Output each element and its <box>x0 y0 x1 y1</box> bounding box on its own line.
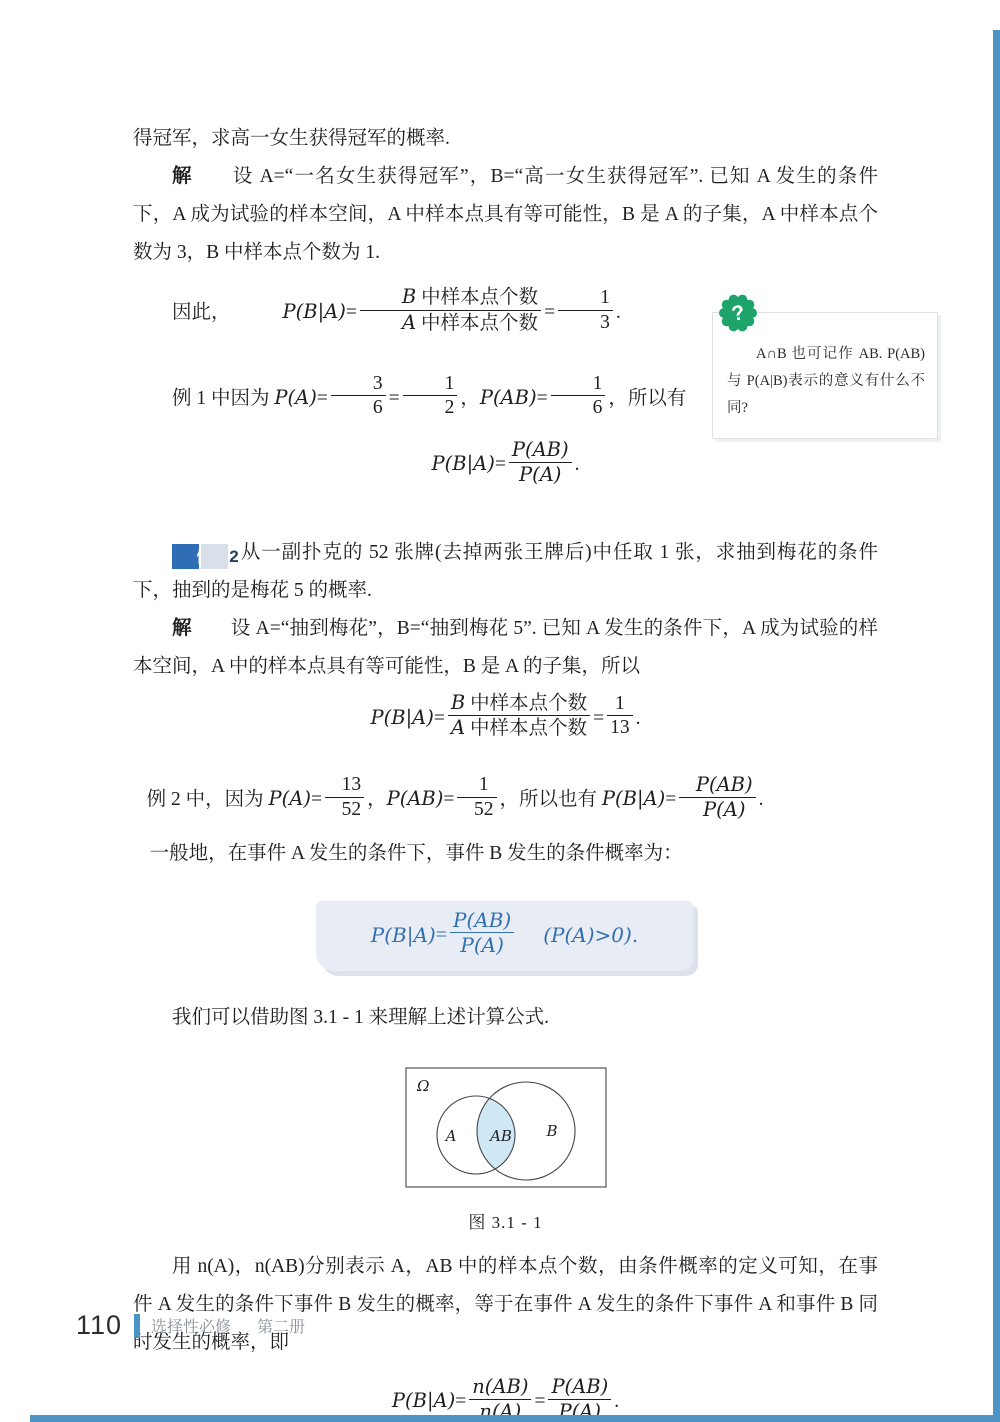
math-token: P(AB) <box>480 385 537 408</box>
footer-bar <box>134 1314 140 1338</box>
equals-sign: = <box>436 923 447 948</box>
solution-label: 解 <box>172 166 193 187</box>
fraction-denominator: P(A) <box>679 798 755 822</box>
equals-sign: = <box>317 387 328 408</box>
series-title: 选择性必修 <box>151 1319 231 1336</box>
example-2-paragraph: 例2从一副扑克的 52 张牌(去掉两张王牌后)中任取 1 张，求抽到梅花的条件下… <box>133 534 878 610</box>
equals-sign: = <box>534 1391 545 1412</box>
fraction-numerator: 1 <box>403 372 458 397</box>
math-token: P(AB) <box>387 787 444 810</box>
equals-sign: = <box>665 789 676 810</box>
volume-title: 第二册 <box>257 1319 305 1336</box>
solution-1-paragraph: 解设 A=“一名女生获得冠军”，B=“高一女生获得冠军”. 已知 A 发生的条件… <box>133 158 878 272</box>
formula-condition: (P(A)>0). <box>543 923 638 948</box>
period: . <box>636 707 641 728</box>
text-run: ， <box>460 387 480 408</box>
page-border-right <box>993 30 1000 1422</box>
footer-series: 选择性必修第二册 <box>151 1314 305 1337</box>
solution-2-text: 设 A=“抽到梅花”，B=“抽到梅花 5”. 已知 A 发生的条件下，A 成为试… <box>133 618 878 677</box>
formula-lhs: P(B|A) <box>283 300 346 323</box>
intersection-label: AB <box>488 1127 512 1145</box>
textbook-page: 得冠军，求高一女生获得冠军的概率. 解设 A=“一名女生获得冠军”，B=“高一女… <box>0 0 1000 1422</box>
fraction: 13 <box>558 286 613 335</box>
equals-sign: = <box>495 454 506 475</box>
omega-label: Ω <box>416 1077 429 1095</box>
set-b-label: B <box>545 1122 557 1140</box>
fraction-numerator-text: 中样本点个数 <box>465 693 587 714</box>
text-run: 例 1 中因为 <box>172 387 274 408</box>
example-badge-number: 2 <box>201 544 228 569</box>
fraction-denominator: 52 <box>325 798 364 822</box>
math-token: P(A) <box>269 787 311 810</box>
period: . <box>616 302 621 323</box>
equals-sign: = <box>455 1391 466 1412</box>
equals-sign: = <box>389 387 400 408</box>
fraction-denominator: 13 <box>607 716 633 740</box>
fraction: 12 <box>403 372 458 421</box>
page-border-bottom <box>30 1415 1000 1422</box>
period: . <box>614 1391 619 1412</box>
question-note-box: ? A∩B 也可记作 AB. P(AB)与 P(A|B)表示的意义有什么不同? <box>712 312 938 439</box>
formula-example-2: P(B|A)=B 中样本点个数A 中样本点个数=113. <box>133 694 878 745</box>
fraction-numerator: 3 <box>331 372 386 397</box>
fraction: 152 <box>457 773 496 822</box>
solution-2-paragraph: 解设 A=“抽到梅花”，B=“抽到梅花 5”. 已知 A 发生的条件下，A 成为… <box>133 610 878 686</box>
question-mark-icon: ? <box>717 292 759 334</box>
equals-sign: = <box>593 707 604 728</box>
fraction-numerator: 1 <box>551 372 606 397</box>
fraction-numerator: 1 <box>457 773 496 798</box>
fraction: 1352 <box>325 773 364 822</box>
formula-example-1: P(B|A)=P(AB)P(A). <box>133 441 878 490</box>
fraction: P(AB)P(A) <box>450 908 514 958</box>
solution-1-text: 设 A=“一名女生获得冠军”，B=“高一女生获得冠军”. 已知 A 发生的条件下… <box>133 166 878 263</box>
fraction: B 中样本点个数A 中样本点个数 <box>360 285 541 336</box>
text-run: ，所以有 <box>608 387 686 408</box>
fraction-denominator: 52 <box>457 798 496 822</box>
fraction-numerator: P(AB) <box>679 773 755 798</box>
fraction-numerator: 1 <box>607 692 633 717</box>
fraction-numerator-text: 中样本点个数 <box>416 287 538 308</box>
page-footer: 110 选择性必修第二册 <box>76 1310 305 1341</box>
text-run: 例 2 中，因为 <box>147 789 269 810</box>
text-run: ， <box>367 789 387 810</box>
equals-sign: = <box>346 302 357 323</box>
general-statement: 一般地，在事件 A 发生的条件下，事件 B 发生的条件概率为： <box>133 835 878 873</box>
fraction-numerator-var: B <box>451 691 465 714</box>
fraction-denominator: 6 <box>331 396 386 420</box>
fraction-denominator: P(A) <box>509 463 572 487</box>
note-box-text: A∩B 也可记作 AB. P(AB)与 P(A|B)表示的意义有什么不同? <box>727 341 925 422</box>
period: . <box>575 454 580 475</box>
fraction: B 中样本点个数A 中样本点个数 <box>448 691 590 742</box>
fraction-denominator-text: 中样本点个数 <box>465 718 587 739</box>
math-token: P(B|A) <box>602 787 665 810</box>
fraction-numerator-var: B <box>402 285 416 308</box>
example-2-badge: 例2 <box>172 544 228 569</box>
formula-lhs: P(B|A) <box>371 705 434 728</box>
formula-lhs: P(B|A) <box>432 452 495 475</box>
fraction-denominator: P(A) <box>450 933 514 957</box>
example-2-text: 从一副扑克的 52 张牌(去掉两张王牌后)中任取 1 张，求抽到梅花的条件下，抽… <box>133 542 878 601</box>
equals-sign: = <box>544 302 555 323</box>
fraction-numerator: n(AB) <box>469 1375 531 1400</box>
period: . <box>759 789 764 810</box>
equals-sign: = <box>311 789 322 810</box>
fraction: P(AB)P(A) <box>679 773 755 822</box>
formula-lhs: P(B|A) <box>392 1389 455 1412</box>
fraction-numerator: 13 <box>325 773 364 798</box>
figure-caption: 图 3.1 - 1 <box>133 1210 878 1236</box>
highlighted-formula-box: P(B|A)=P(AB)P(A)(P(A)>0). <box>316 901 693 971</box>
set-a-label: A <box>443 1127 456 1145</box>
fraction-numerator: P(AB) <box>509 438 572 463</box>
formula-lhs: P(B|A) <box>371 923 436 948</box>
fraction: P(AB)P(A) <box>509 438 572 487</box>
fraction-numerator: P(AB) <box>548 1375 611 1400</box>
fraction-denominator: 2 <box>403 396 458 420</box>
example-2-discussion-line: 例 2 中，因为 P(A)=1352，P(AB)=152，所以也有 P(B|A)… <box>133 776 878 825</box>
fraction-numerator: 1 <box>558 286 613 311</box>
venn-diagram: Ω A AB B <box>405 1067 607 1188</box>
fraction-denominator: 3 <box>558 311 613 335</box>
fraction-numerator: P(AB) <box>450 908 514 933</box>
equals-sign: = <box>434 707 445 728</box>
fraction: 16 <box>551 372 606 421</box>
fraction: 113 <box>607 692 633 741</box>
fraction-denominator-var: A <box>402 311 416 334</box>
text-run: ，所以也有 <box>500 789 602 810</box>
equals-sign: = <box>537 387 548 408</box>
fraction-denominator-text: 中样本点个数 <box>416 313 538 334</box>
math-token: P(A) <box>274 385 316 408</box>
final-paragraph: 用 n(A)，n(AB)分别表示 A，AB 中的样本点个数，由条件概率的定义可知… <box>133 1248 878 1362</box>
solution-label: 解 <box>172 618 192 639</box>
equals-sign: = <box>443 789 454 810</box>
venn-figure: Ω A AB B 图 3.1 - 1 <box>133 1067 878 1236</box>
formula-lead: 因此， <box>172 302 231 323</box>
fraction-denominator-var: A <box>451 716 465 739</box>
venn-intro-paragraph: 我们可以借助图 3.1 - 1 来理解上述计算公式. <box>133 999 878 1037</box>
fraction-denominator: 6 <box>551 396 606 420</box>
page-number: 110 <box>76 1310 122 1341</box>
fraction: 36 <box>331 372 386 421</box>
paragraph-top: 得冠军，求高一女生获得冠军的概率. <box>133 120 878 158</box>
